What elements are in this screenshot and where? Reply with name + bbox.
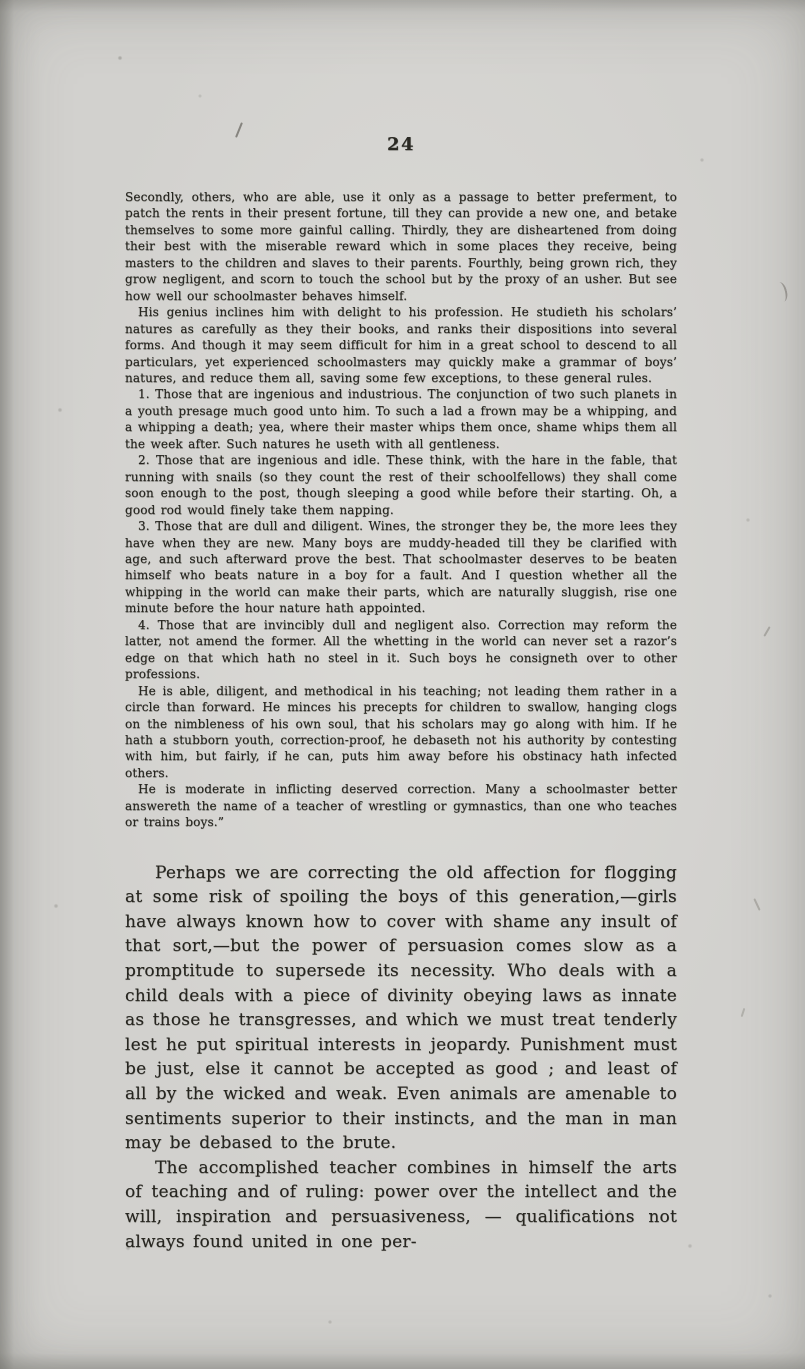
excerpt-paragraph: His genius inclines him with delight to … [125,304,677,386]
excerpt-paragraph: He is moderate in inflicting deserved co… [125,781,677,830]
page-number: 24 [125,0,677,155]
excerpt-paragraph: 1. Those that are ingenious and industri… [125,386,677,452]
text-column: 24 Secondly, others, who are able, use i… [125,0,677,1254]
body-text-block: Perhaps we are correcting the old affect… [125,861,677,1255]
body-paragraph: The accomplished teacher combines in him… [125,1156,677,1254]
excerpt-paragraph: 2. Those that are ingenious and idle. Th… [125,452,677,518]
excerpt-paragraph: Secondly, others, who are able, use it o… [125,189,677,304]
margin-scratch [753,898,760,911]
margin-scratch [741,1008,746,1017]
scanned-book-page: 24 Secondly, others, who are able, use i… [0,0,805,1369]
margin-scratch [763,626,770,637]
excerpt-paragraph: He is able, diligent, and methodical in … [125,683,677,782]
excerpt-paragraph: 3. Those that are dull and diligent. Win… [125,518,677,617]
body-paragraph: Perhaps we are correcting the old affect… [125,861,677,1156]
excerpt-block: Secondly, others, who are able, use it o… [125,189,677,831]
excerpt-paragraph: 4. Those that are invincibly dull and ne… [125,617,677,683]
margin-scratch [774,281,790,303]
